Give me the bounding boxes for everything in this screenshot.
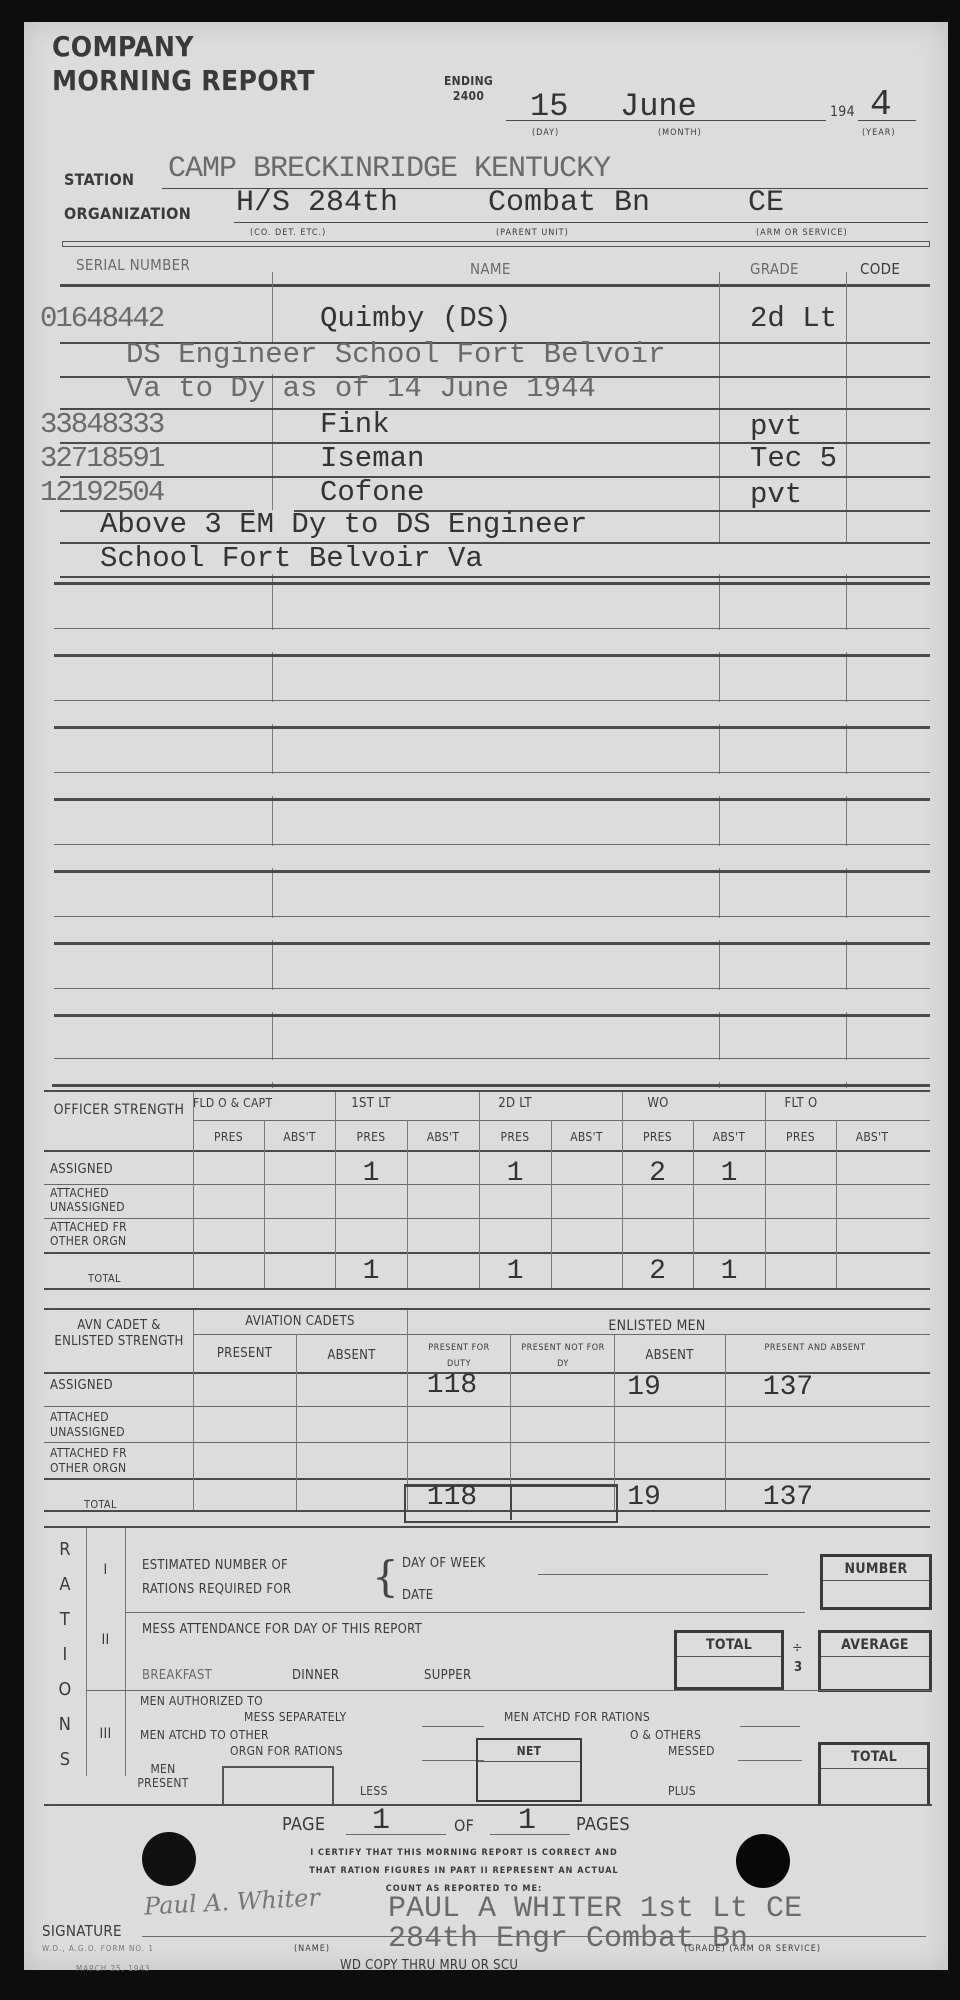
part-2-numeral: II (86, 1632, 125, 1648)
group-rule (193, 1334, 930, 1335)
roster-col-divider-2 (719, 272, 720, 1102)
morning-report-form: COMPANY MORNING REPORT ENDING 2400 15 Ju… (24, 22, 948, 1970)
header-grade: GRADE (750, 260, 799, 278)
supper-label: SUPPER (424, 1668, 471, 1683)
enlisted-total-value: 118 (407, 1482, 497, 1513)
sub-abst: ABS'T (264, 1130, 335, 1144)
ending-time: 2400 (444, 89, 493, 104)
breakfast-label: BREAKFAST (142, 1668, 212, 1683)
atchd-other-line-2: ORGN FOR RATIONS (230, 1744, 343, 1758)
attendance-total-box[interactable]: TOTAL (674, 1630, 784, 1690)
page-field-rule (346, 1834, 446, 1835)
men-present-line: PRESENT (128, 1776, 198, 1790)
col-em-absent: ABSENT (614, 1348, 725, 1363)
row-label-total: TOTAL (84, 1498, 117, 1511)
officer-strength-title: OFFICER STRENGTH (46, 1102, 192, 1119)
organization-underline (234, 222, 928, 223)
group-1st-lt: 1ST LT (335, 1096, 407, 1111)
serial-number: 32718591 (40, 442, 163, 475)
divider-mask (704, 990, 734, 1012)
enlisted-strength-title: AVN CADET & ENLISTED STRENGTH (46, 1318, 192, 1350)
ruled-line (54, 654, 930, 657)
mess-attendance-title: MESS ATTENDANCE FOR DAY OF THIS REPORT (142, 1622, 422, 1637)
company-caption: (CO. DET. ETC.) (250, 228, 326, 238)
part-1-line: RATIONS REQUIRED FOR (142, 1578, 291, 1602)
enlisted-total-value: 137 (748, 1482, 828, 1513)
divider-mask (254, 1060, 294, 1082)
punch-hole-right (736, 1834, 790, 1888)
col-present-for-duty: PRESENT FOR DUTY (417, 1340, 501, 1372)
divider-mask (254, 774, 294, 796)
group-rule (193, 1120, 930, 1121)
name-caption: (NAME) (294, 1944, 330, 1954)
enlisted-value: 19 (614, 1372, 674, 1403)
average-box-label: AVERAGE (821, 1633, 929, 1657)
ending-text: ENDING (444, 74, 493, 89)
page-total: 1 (518, 1804, 536, 1838)
table-rule (44, 1442, 930, 1443)
officer-value: 1 (693, 1158, 765, 1189)
orgn-rations-field[interactable] (422, 1760, 484, 1761)
divisor: 3 (794, 1660, 802, 1675)
col-cadets-absent: ABSENT (296, 1348, 407, 1363)
officer-total-value: 1 (479, 1256, 551, 1287)
soldier-name: Quimby (DS) (320, 302, 511, 335)
roster-remark: Va to Dy as of 14 June 1944 (126, 372, 596, 405)
divider-mask (704, 846, 734, 868)
row-rule (60, 576, 930, 578)
divider-mask (832, 774, 862, 796)
table-rule (44, 1288, 930, 1290)
sub-pres: PRES (335, 1130, 407, 1144)
month-caption: (MONTH) (658, 128, 702, 138)
sub-abst: ABS'T (693, 1130, 765, 1144)
form-number: W.D., A.G.O. FORM NO. 1 (42, 1944, 154, 1953)
table-rule (44, 1804, 932, 1806)
row-label-attached-fr-other: ATTACHED FR OTHER ORGN (50, 1220, 160, 1248)
certify-line: I CERTIFY THAT THIS MORNING REPORT IS CO… (244, 1844, 684, 1862)
side-letter: A (44, 1567, 86, 1602)
ruled-line (54, 916, 930, 917)
certify-line: THAT RATION FIGURES IN PART II REPRESENT… (244, 1862, 684, 1880)
roster-remark: Above 3 EM Dy to DS Engineer (100, 508, 587, 541)
soldier-name: Cofone (320, 476, 424, 509)
total-box-label: TOTAL (677, 1633, 781, 1657)
divider-mask (254, 990, 294, 1012)
auth-line-2: MESS SEPARATELY (244, 1710, 346, 1724)
table-rule (44, 1526, 930, 1528)
divider-mask (832, 846, 862, 868)
group-flt-o: FLT O (765, 1096, 837, 1111)
row-label-attached-unassigned: ATTACHED UNASSIGNED (50, 1410, 150, 1440)
serial-number: 12192504 (40, 476, 163, 509)
col-rule (125, 1528, 126, 1776)
divider-mask (704, 702, 734, 724)
others-line-1: O & OTHERS (630, 1728, 701, 1742)
title-line-2: MORNING REPORT (52, 64, 315, 98)
day-of-week-label: DAY OF WEEK (402, 1556, 486, 1571)
col-rule (407, 1120, 408, 1288)
brace: { (372, 1552, 399, 1602)
rations-side-label: R A T I O N S (44, 1532, 86, 1777)
day-of-week-field[interactable] (538, 1574, 768, 1575)
remark-mask (832, 544, 862, 574)
ruled-line (54, 582, 930, 585)
divider-mask (254, 918, 294, 940)
part-3-numeral: III (86, 1726, 125, 1742)
side-letter: T (44, 1602, 86, 1637)
atchd-rations-field[interactable] (740, 1726, 800, 1727)
ration-total-label: TOTAL (821, 1745, 927, 1769)
col-rule (407, 1310, 408, 1510)
mess-separately-field[interactable] (422, 1726, 484, 1727)
part-1-line: ESTIMATED NUMBER OF (142, 1554, 291, 1578)
row-label-assigned: ASSIGNED (50, 1162, 113, 1177)
table-rule (44, 1218, 930, 1219)
net-box-label: NET (478, 1740, 580, 1762)
organization-company: H/S 284th (236, 186, 398, 220)
year-digit: 4 (870, 84, 892, 125)
grade: pvt (750, 410, 802, 443)
row-label-total: TOTAL (88, 1272, 121, 1285)
part-rule (125, 1612, 805, 1613)
ruled-line (54, 1058, 930, 1059)
roster-top-border (62, 241, 930, 247)
form-date: MARCH 25, 1943 (76, 1964, 151, 1973)
group-aviation-cadets: AVIATION CADETS (193, 1314, 407, 1329)
side-letter: S (44, 1742, 86, 1777)
sub-pres: PRES (193, 1130, 264, 1144)
pages-label: PAGES (576, 1814, 630, 1835)
ruled-line (54, 1014, 930, 1017)
form-title: COMPANY MORNING REPORT (52, 30, 315, 98)
officer-value: 1 (335, 1158, 407, 1189)
divider-mask (832, 918, 862, 940)
men-present-box[interactable] (222, 1766, 334, 1804)
ruled-line (54, 700, 930, 701)
header-code: CODE (860, 260, 900, 278)
month-value: June (620, 88, 697, 125)
header-name: NAME (470, 260, 511, 278)
divider-mask (704, 918, 734, 940)
net-box[interactable]: NET (476, 1738, 582, 1802)
grade: Tec 5 (750, 442, 837, 475)
divider-mask (704, 774, 734, 796)
ruled-line (54, 988, 930, 989)
roster-header-rule (60, 284, 930, 287)
divider-mask (832, 702, 862, 724)
auth-line-1: MEN AUTHORIZED TO (140, 1694, 263, 1708)
col-rule (193, 1092, 194, 1288)
men-present-line: MEN (128, 1762, 198, 1776)
sub-pres: PRES (622, 1130, 693, 1144)
col-present-not-for-duty: PRESENT NOT FOR DY (514, 1340, 612, 1372)
divider-mask (254, 702, 294, 724)
row-label-attached-unassigned: ATTACHED UNASSIGNED (50, 1186, 150, 1214)
part-1-numeral: I (86, 1562, 125, 1578)
station-label: STATION (64, 170, 134, 189)
col-rule (193, 1310, 194, 1510)
officer-value: 1 (479, 1158, 551, 1189)
roster-remark: DS Engineer School Fort Belvoir (126, 338, 666, 371)
officer-total-value: 1 (335, 1256, 407, 1287)
signer-name: PAUL A WHITER 1st Lt CE (388, 1892, 802, 1926)
organization-label: ORGANIZATION (64, 204, 191, 223)
table-rule (44, 1252, 930, 1254)
group-2d-lt: 2D LT (479, 1096, 551, 1111)
handwritten-signature: Paul A. Whiter (143, 1883, 320, 1920)
less-label: LESS (360, 1784, 388, 1798)
arm-caption: (ARM OR SERVICE) (756, 228, 848, 238)
divider-mask (254, 630, 294, 652)
day-value: 15 (530, 88, 568, 125)
grade-arm-caption: (GRADE) (ARM OR SERVICE) (684, 1944, 821, 1954)
enlisted-total-value: 19 (614, 1482, 674, 1513)
sub-pres: PRES (479, 1130, 551, 1144)
sub-abst: ABS'T (407, 1130, 479, 1144)
title-line-1: COMPANY (52, 30, 315, 64)
year-caption: (YEAR) (862, 128, 896, 138)
row-label-assigned: ASSIGNED (50, 1378, 113, 1393)
table-rule (44, 1308, 930, 1310)
col-present-and-absent: PRESENT AND ABSENT (740, 1340, 890, 1356)
ruled-line (54, 628, 930, 629)
part-1-label: ESTIMATED NUMBER OF RATIONS REQUIRED FOR (142, 1554, 291, 1602)
table-rule (44, 1478, 930, 1480)
ruled-line (54, 726, 930, 729)
ruled-line (54, 870, 930, 873)
wd-copy-note: WD COPY THRU MRU OR SCU (340, 1958, 518, 1973)
sub-abst: ABS'T (551, 1130, 622, 1144)
table-rule (44, 1090, 930, 1092)
of-label: OF (454, 1816, 474, 1835)
ruled-line (54, 798, 930, 801)
group-fld-o-capt: FLD O & CAPT (193, 1096, 265, 1110)
remark-mask (704, 544, 734, 574)
table-rule (44, 1406, 930, 1407)
page-number: 1 (372, 1804, 390, 1838)
plus-label: PLUS (668, 1784, 696, 1798)
col-rule (836, 1120, 837, 1288)
soldier-name: Iseman (320, 442, 424, 475)
ruled-line (54, 942, 930, 945)
date-label: DATE (402, 1588, 434, 1603)
organization-parent-unit: Combat Bn (488, 186, 650, 220)
grade: pvt (750, 478, 802, 511)
divider-mask (832, 990, 862, 1012)
divider-mask (704, 630, 734, 652)
divider-mask (832, 1060, 862, 1082)
officer-total-value: 1 (693, 1256, 765, 1287)
ruled-line (52, 1084, 930, 1087)
dinner-label: DINNER (292, 1668, 339, 1683)
enlisted-value: 118 (407, 1370, 497, 1401)
number-box[interactable]: NUMBER (820, 1554, 932, 1610)
grade: 2d Lt (750, 302, 837, 335)
signature-label: SIGNATURE (42, 1922, 122, 1940)
ending-label: ENDING 2400 (444, 74, 493, 104)
divider-mask (254, 846, 294, 868)
table-rule (44, 1150, 930, 1152)
officer-total-value: 2 (622, 1256, 693, 1287)
group-enlisted-men: ENLISTED MEN (407, 1318, 907, 1334)
others-line-2: MESSED (668, 1744, 715, 1758)
side-letter: N (44, 1707, 86, 1742)
serial-number: 01648442 (40, 302, 163, 335)
atchd-other-line-1: MEN ATCHD TO OTHER (140, 1728, 269, 1742)
col-rule (765, 1092, 766, 1288)
col-rule (551, 1120, 552, 1288)
row-label-attached-fr-other: ATTACHED FR OTHER ORGN (50, 1446, 160, 1476)
divider-mask (832, 630, 862, 652)
serial-number: 33848333 (40, 408, 163, 441)
page-label: PAGE (282, 1814, 325, 1835)
col-rule (725, 1334, 726, 1510)
side-letter: I (44, 1637, 86, 1672)
sub-abst: ABS'T (836, 1130, 908, 1144)
others-messed-field[interactable] (738, 1760, 802, 1761)
day-caption: (DAY) (532, 128, 559, 138)
side-letter: R (44, 1532, 86, 1567)
roster-remark: School Fort Belvoir Va (100, 542, 483, 575)
enlisted-value: 137 (748, 1372, 828, 1403)
divide-sign: ÷ (792, 1640, 803, 1656)
year-prefix: 194 (830, 104, 855, 120)
roster-col-divider-3 (846, 272, 847, 1102)
col-rule (264, 1120, 265, 1288)
atchd-rations-label: MEN ATCHD FOR RATIONS (504, 1710, 650, 1724)
ruled-line (54, 844, 930, 845)
divider-mask (704, 1060, 734, 1082)
station-value: CAMP BRECKINRIDGE KENTUCKY (168, 152, 610, 186)
average-box[interactable]: AVERAGE (818, 1630, 932, 1692)
number-box-label: NUMBER (823, 1557, 929, 1581)
men-present-label: MEN PRESENT (128, 1762, 198, 1790)
organization-arm: CE (748, 186, 784, 220)
officer-value: 2 (622, 1158, 693, 1189)
side-letter: O (44, 1672, 86, 1707)
part-rule (86, 1690, 932, 1691)
punch-hole-left (142, 1832, 196, 1886)
group-wo: WO (622, 1096, 694, 1111)
col-rule (510, 1484, 512, 1520)
col-cadets-present: PRESENT (193, 1346, 296, 1361)
ration-total-box[interactable]: TOTAL (818, 1742, 930, 1804)
ruled-line (54, 772, 930, 773)
header-serial-number: SERIAL NUMBER (76, 256, 190, 274)
soldier-name: Fink (320, 408, 390, 441)
parent-caption: (PARENT UNIT) (496, 228, 569, 238)
sub-pres: PRES (765, 1130, 836, 1144)
